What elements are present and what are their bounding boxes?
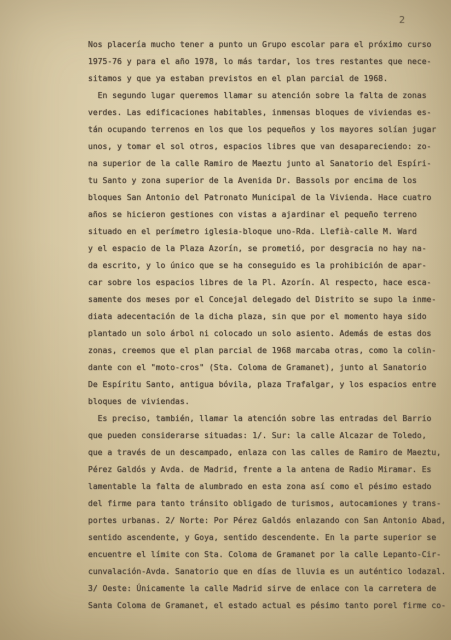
text-line: plantado un solo árbol ni colocado un so… xyxy=(88,325,450,342)
text-line: samente dos meses por el Concejal delega… xyxy=(88,291,450,308)
text-line: y el espacio de la Plaza Azorín, se prom… xyxy=(88,240,450,257)
paragraph: Nos placería mucho tener a punto un Grup… xyxy=(88,36,450,87)
text-line: zonas, creemos que el plan parcial de 19… xyxy=(88,342,450,359)
text-line: bloques de viviendas. xyxy=(88,393,450,410)
text-line: situado en el perímetro iglesia-bloque u… xyxy=(88,223,450,240)
text-line: que pueden considerarse situadas: 1/. Su… xyxy=(88,427,450,444)
text-line: tu Santo y zona superior de la Avenida D… xyxy=(88,172,450,189)
page-number: 2 xyxy=(399,15,405,26)
text-line: lamentable la falta de alumbrado en esta… xyxy=(88,478,450,495)
text-line: En segundo lugar queremos llamar su aten… xyxy=(88,87,450,104)
text-line: De Espíritu Santo, antigua bóvila, plaza… xyxy=(88,376,450,393)
text-line: diata adecentación de la dicha plaza, si… xyxy=(88,308,450,325)
text-line: 3/ Oeste: Únicamente la calle Madrid sir… xyxy=(88,580,450,597)
text-line: años se hicieron gestiones con vistas a … xyxy=(88,206,450,223)
text-line: Pérez Galdós y Avda. de Madrid, frente a… xyxy=(88,461,450,478)
text-line: del firme para tanto tránsito obligado d… xyxy=(88,495,450,512)
scanned-page: 2 Nos placería mucho tener a punto un Gr… xyxy=(0,0,451,640)
text-line: encuentre el límite con Sta. Coloma de G… xyxy=(88,546,450,563)
text-line: da escrito, y lo único que se ha consegu… xyxy=(88,257,450,274)
text-line: dante con el "moto-cros" (Sta. Coloma de… xyxy=(88,359,450,376)
text-line: tán ocupando terrenos en los que los peq… xyxy=(88,121,450,138)
text-line: Santa Coloma de Gramanet, el estado actu… xyxy=(88,597,450,614)
text-line: Nos placería mucho tener a punto un Grup… xyxy=(88,36,450,53)
text-line: Es preciso, también, llamar la atención … xyxy=(88,410,450,427)
text-line: bloques San Antonio del Patronato Munici… xyxy=(88,189,450,206)
text-line: portes urbanas. 2/ Norte: Por Pérez Gald… xyxy=(88,512,450,529)
text-line: sitamos y que ya estaban previstos en el… xyxy=(88,70,450,87)
text-line: unos, y tomar el sol otros, espacios lib… xyxy=(88,138,450,155)
text-line: na superior de la calle Ramiro de Maeztu… xyxy=(88,155,450,172)
text-line: 1975-76 y para el año 1978, lo más tarda… xyxy=(88,53,450,70)
text-line: sentido ascendente, y Goya, sentido desc… xyxy=(88,529,450,546)
paragraph: En segundo lugar queremos llamar su aten… xyxy=(88,87,450,410)
paragraph: Es preciso, también, llamar la atención … xyxy=(88,410,450,614)
text-line: car sobre los espacios libres de la Pl. … xyxy=(88,274,450,291)
document-body: Nos placería mucho tener a punto un Grup… xyxy=(88,36,450,614)
text-line: que a través de un descampado, enlaza co… xyxy=(88,444,450,461)
text-line: cunvalación-Avda. Sanatorio que en días … xyxy=(88,563,450,580)
text-line: verdes. Las edificaciones habitables, in… xyxy=(88,104,450,121)
